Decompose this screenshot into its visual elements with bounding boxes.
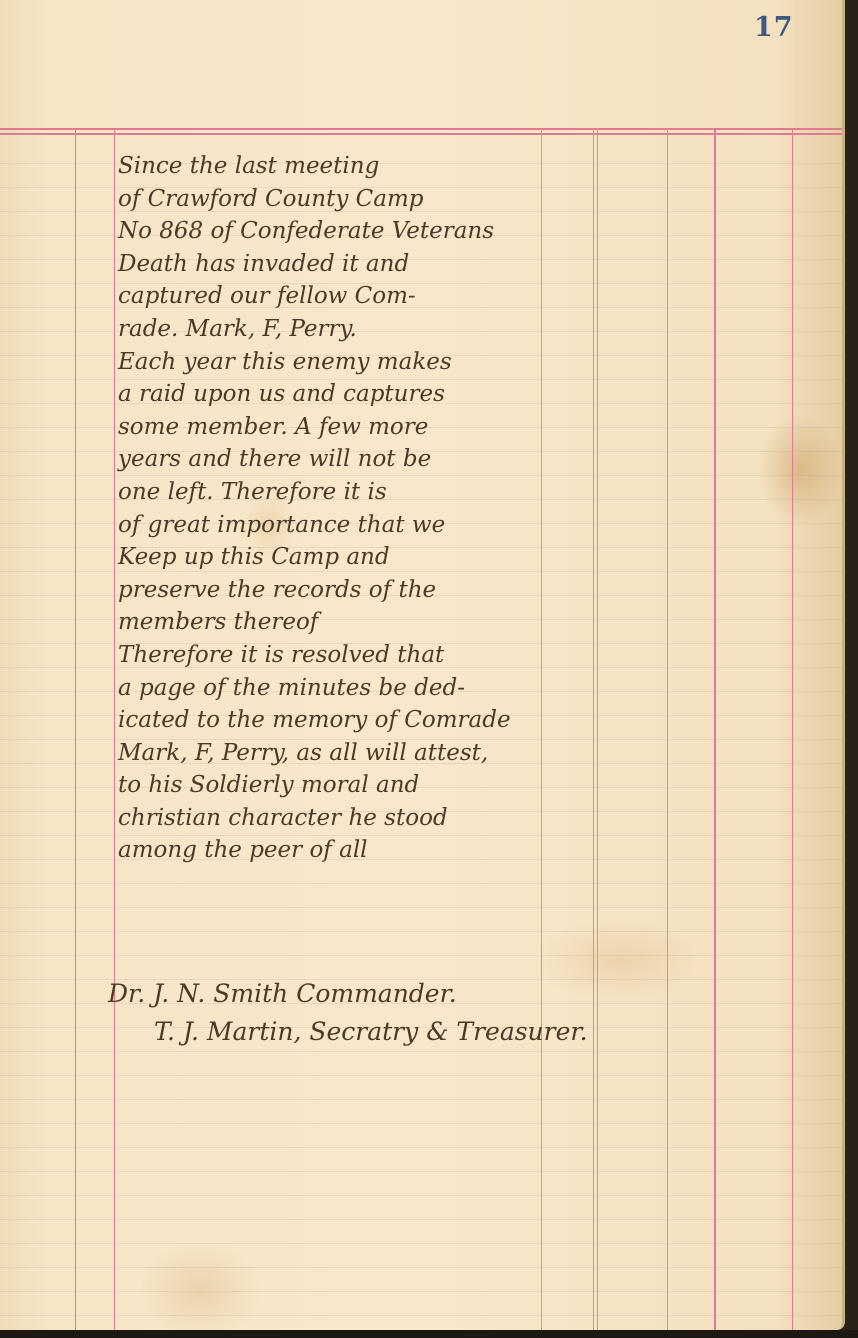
entry-line: some member. A few more — [118, 411, 618, 444]
entry-line: years and there will not be — [118, 443, 618, 476]
entry-line: of great importance that we — [118, 509, 618, 542]
entry-line: of Crawford County Camp — [118, 183, 618, 216]
entry-line: members thereof — [118, 606, 618, 639]
secretary-treasurer-signature: T. J. Martin, Secratry & Treasurer. — [108, 1013, 588, 1051]
ledger-page: 17 Since the last meeting of Crawford Co… — [0, 0, 845, 1330]
column-blue-rule-3 — [667, 128, 668, 1330]
page-number: 17 — [754, 12, 794, 43]
column-red-rule-1 — [714, 128, 716, 1330]
commander-signature: Dr. J. N. Smith Commander. — [108, 979, 457, 1008]
entry-line: Death has invaded it and — [118, 248, 618, 281]
entry-line: icated to the memory of Comrade — [118, 704, 618, 737]
book-edge-shadow — [0, 1330, 858, 1338]
entry-line: Keep up this Camp and — [118, 541, 618, 574]
entry-line: to his Soldierly moral and — [118, 769, 618, 802]
entry-line: a raid upon us and captures — [118, 378, 618, 411]
entry-line: one left. Therefore it is — [118, 476, 618, 509]
entry-line: a page of the minutes be ded- — [118, 672, 618, 705]
entry-line: Each year this enemy makes — [118, 346, 618, 379]
entry-line: preserve the records of the — [118, 574, 618, 607]
entry-line: captured our fellow Com- — [118, 280, 618, 313]
column-red-rule-2 — [792, 128, 793, 1330]
left-margin-red-rule — [75, 128, 76, 1330]
left-margin-red-rule-inner — [114, 128, 115, 1330]
entry-line: among the peer of all — [118, 834, 618, 867]
entry-line: christian character he stood — [118, 802, 618, 835]
entry-line: No 868 of Confederate Veterans — [118, 215, 618, 248]
entry-line: rade. Mark, F, Perry. — [118, 313, 618, 346]
entry-line: Since the last meeting — [118, 150, 618, 183]
entry-line: Therefore it is resolved that — [118, 639, 618, 672]
signature-block: Dr. J. N. Smith Commander. T. J. Martin,… — [108, 975, 588, 1051]
entry-line: Mark, F, Perry, as all will attest, — [118, 737, 618, 770]
handwritten-entry: Since the last meeting of Crawford Count… — [118, 150, 618, 867]
